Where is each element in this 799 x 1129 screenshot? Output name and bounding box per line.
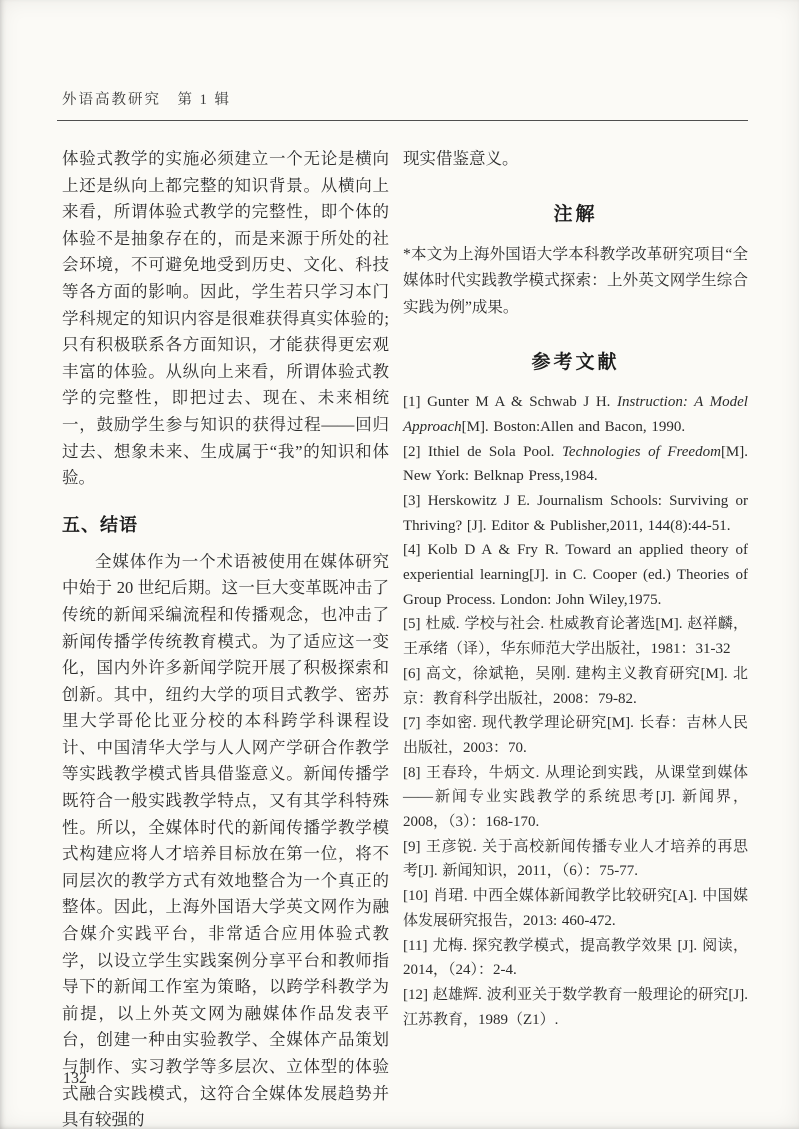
reference-text: [11] 尤梅. 探究教学模式，提高教学效果 [J]. 阅读，2014，（24）… — [403, 938, 748, 979]
reference-item: [3] Herskowitz J E. Journalism Schools: … — [403, 489, 748, 538]
reference-item: [7] 李如密. 现代教学理论研究[M]. 长春：吉林人民出版社，2003：70… — [403, 711, 748, 760]
note-text: *本文为上海外国语大学本科教学改革研究项目“全媒体时代实践教学模式探索：上外英文… — [403, 242, 748, 322]
reference-item: [2] Ithiel de Sola Pool. Technologies of… — [403, 440, 748, 489]
reference-text: [12] 赵雄辉. 波利亚关于数学教育一般理论的研究[J]. 江苏教育，1989… — [403, 987, 748, 1028]
right-column: 现实借鉴意义。 注解 *本文为上海外国语大学本科教学改革研究项目“全媒体时代实践… — [403, 146, 748, 1032]
reference-item: [9] 王彦锐. 关于高校新闻传播专业人才培养的再思考[J]. 新闻知识，201… — [403, 835, 748, 884]
reference-text: [7] 李如密. 现代教学理论研究[M]. 长春：吉林人民出版社，2003：70… — [403, 715, 748, 756]
reference-text: [8] 王春玲，牛炳文. 从理论到实践，从课堂到媒体——新闻专业实践教学的系统思… — [403, 765, 748, 830]
reference-item: [10] 肖珺. 中西全媒体新闻教学比较研究[A]. 中国媒体发展研究报告，20… — [403, 884, 748, 933]
section-heading: 五、结语 — [62, 511, 389, 537]
paragraph-continued: 体验式教学的实施必须建立一个无论是横向上还是纵向上都完整的知识背景。从横向上来看… — [62, 146, 389, 492]
scanned-page: 外语高教研究 第 1 辑 体验式教学的实施必须建立一个无论是横向上还是纵向上都完… — [0, 0, 799, 1129]
running-header: 外语高教研究 第 1 辑 — [62, 88, 231, 109]
reference-text: [9] 王彦锐. 关于高校新闻传播专业人才培养的再思考[J]. 新闻知识，201… — [403, 839, 748, 880]
reference-item: [5] 杜威. 学校与社会. 杜威教育论著选[M]. 赵祥麟，王承绪（译），华东… — [403, 612, 748, 661]
reference-text: [4] Kolb D A & Fry R. Toward an applied … — [403, 542, 748, 607]
notes-heading: 注解 — [403, 199, 748, 226]
reference-item: [4] Kolb D A & Fry R. Toward an applied … — [403, 538, 748, 612]
conclusion-paragraph: 全媒体作为一个术语被使用在媒体研究中始于 20 世纪后期。这一巨大变革既冲击了传… — [62, 549, 389, 1129]
reference-text: [M]. Boston:Allen and Bacon, 1990. — [462, 419, 686, 435]
reference-text: [5] 杜威. 学校与社会. 杜威教育论著选[M]. 赵祥麟，王承绪（译），华东… — [403, 616, 748, 657]
left-column: 体验式教学的实施必须建立一个无论是横向上还是纵向上都完整的知识背景。从横向上来看… — [62, 146, 389, 1129]
reference-title-italic: Technologies of Freedom — [562, 444, 721, 460]
page-number: 132 — [63, 1070, 87, 1088]
header-rule — [57, 120, 748, 121]
reference-text: [6] 高文，徐斌艳，吴刚. 建构主义教育研究[M]. 北京：教育科学出版社，2… — [403, 666, 748, 707]
reference-text: [1] Gunter M A & Schwab J H. — [403, 394, 617, 410]
reference-item: [1] Gunter M A & Schwab J H. Instruction… — [403, 390, 748, 439]
reference-item: [12] 赵雄辉. 波利亚关于数学教育一般理论的研究[J]. 江苏教育，1989… — [403, 983, 748, 1032]
reference-item: [8] 王春玲，牛炳文. 从理论到实践，从课堂到媒体——新闻专业实践教学的系统思… — [403, 761, 748, 835]
reference-text: [2] Ithiel de Sola Pool. — [403, 444, 562, 460]
references-heading: 参考文献 — [403, 347, 748, 374]
reference-item: [6] 高文，徐斌艳，吴刚. 建构主义教育研究[M]. 北京：教育科学出版社，2… — [403, 662, 748, 711]
reference-item: [11] 尤梅. 探究教学模式，提高教学效果 [J]. 阅读，2014，（24）… — [403, 934, 748, 983]
running-title: 外语高教研究 第 1 辑 — [62, 92, 231, 108]
reference-text: [3] Herskowitz J E. Journalism Schools: … — [403, 493, 748, 534]
references-list: [1] Gunter M A & Schwab J H. Instruction… — [403, 390, 748, 1032]
paragraph-continuation: 现实借鉴意义。 — [403, 146, 748, 173]
reference-text: [10] 肖珺. 中西全媒体新闻教学比较研究[A]. 中国媒体发展研究报告，20… — [403, 888, 748, 929]
